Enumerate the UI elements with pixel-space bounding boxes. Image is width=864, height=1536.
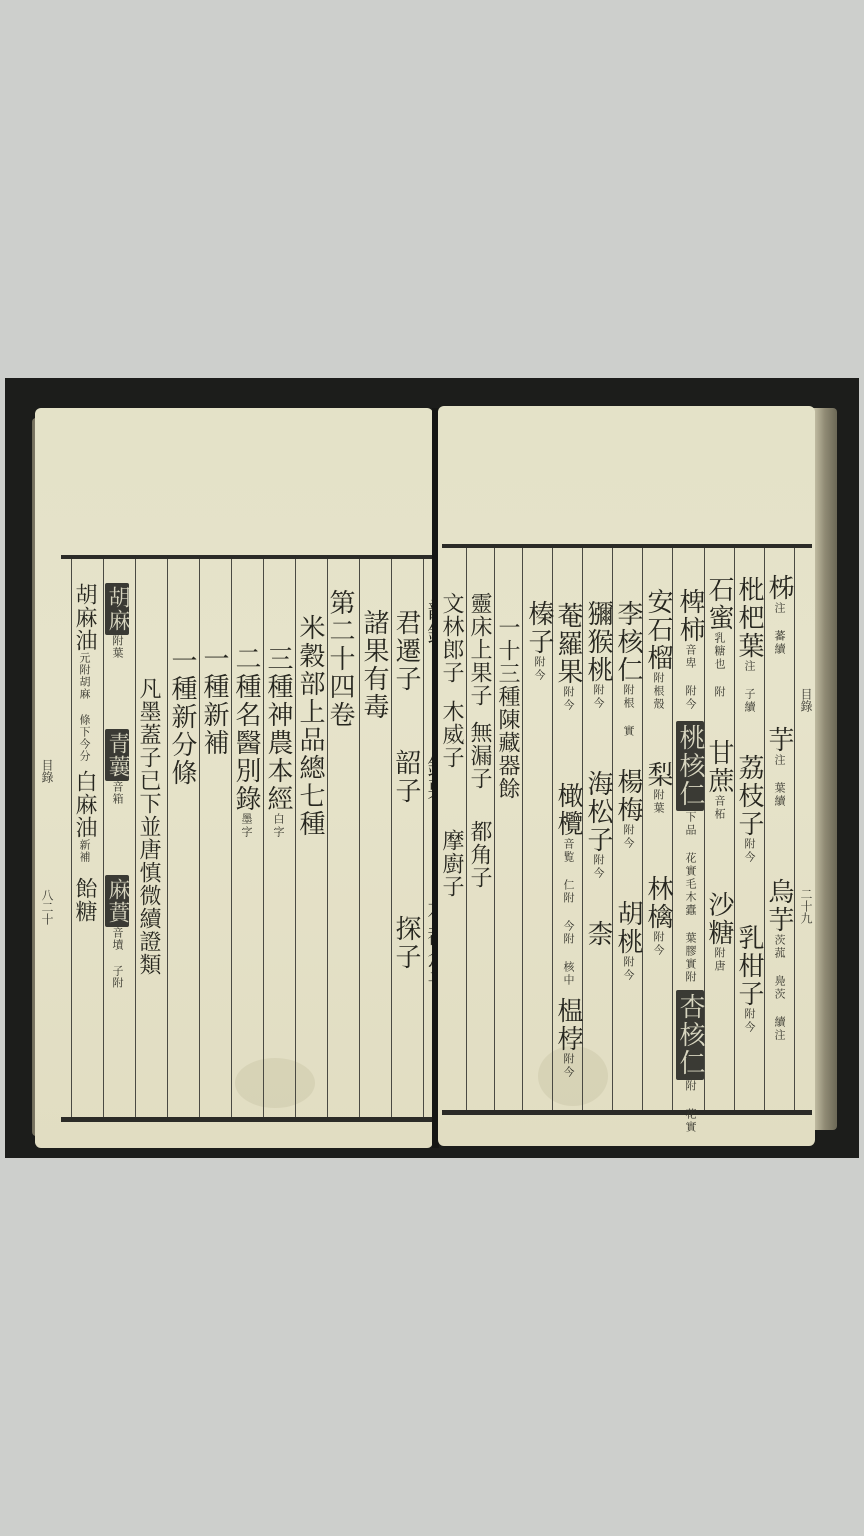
left-page-frame: 目錄 八二十 胡麻油元附胡麻 條下今分白麻油新補飴糖 胡麻附葉青蘘音箱麻蕡音墳 … — [61, 555, 433, 1122]
toc-entry: 一種新分條 — [169, 647, 195, 787]
right-page: 目錄 二十九 文林郎子木威子摩廚子 靈床上果子無漏子都角子 一十三種陳藏器餘 榛… — [438, 406, 815, 1146]
toc-entry: 椑柿音卑 附今桃核仁下品 花實毛木蠹 葉膠實附杏核仁附 花實 — [676, 588, 704, 1134]
toc-entry: 枇杷葉注 子續荔枝子附今乳柑子附今 — [736, 576, 762, 1034]
toc-entry: 君遷子韶子探子 — [393, 609, 419, 971]
toc-entry: 榛子附今 — [526, 600, 552, 682]
left-margin-label: 目錄 — [39, 759, 56, 783]
toc-entry: 文林郎子木威子摩廚子 — [440, 592, 462, 898]
toc-entry: 菴羅果附今橄欖音覧 仁附 今附 核中榅桲附今 — [555, 602, 581, 1079]
right-margin-numbers: 二十九 — [798, 888, 815, 924]
left-margin-numbers: 八二十 — [39, 889, 56, 925]
toc-entry: 獼猴桃附今海松子附今柰 — [585, 600, 611, 948]
toc-entry: 柹注 蕃續芋注 葉續烏芋茨菰 鳧茨 續注 — [766, 574, 792, 1042]
toc-entry: 三種神農本經白字 — [265, 645, 291, 839]
left-page: 目錄 八二十 胡麻油元附胡麻 條下今分白麻油新補飴糖 胡麻附葉青蘘音箱麻蕡音墳 … — [35, 408, 433, 1148]
toc-entry: 一十三種陳藏器餘 — [496, 616, 518, 800]
toc-entry: 安石榴附根殼梨附葉林檎附今 — [645, 588, 671, 957]
toc-entry: 凡墨蓋子已下並唐慎微續證類 — [137, 677, 159, 976]
right-page-frame: 目錄 二十九 文林郎子木威子摩廚子 靈床上果子無漏子都角子 一十三種陳藏器餘 榛… — [442, 544, 812, 1115]
toc-entry: 諸果有毒 — [361, 609, 387, 721]
toc-entry: 米穀部上品總七種 — [297, 614, 323, 838]
toc-entry: 石蜜乳糖也 附甘蔗音柘沙糖附唐 — [706, 576, 732, 973]
toc-entry: 靈床上果子無漏子都角子 — [468, 592, 490, 889]
toc-entry: 二種名醫別錄墨字 — [233, 645, 259, 839]
toc-entry: 李核仁附根 實楊梅附今胡桃附今 — [615, 600, 641, 982]
toc-entry: 胡麻油元附胡麻 條下今分白麻油新補飴糖 — [73, 583, 95, 923]
book-scan: 目錄 八二十 胡麻油元附胡麻 條下今分白麻油新補飴糖 胡麻附葉青蘘音箱麻蕡音墳 … — [5, 378, 859, 1158]
toc-entry: 胡麻附葉青蘘音箱麻蕡音墳 子附 — [105, 583, 129, 989]
right-margin-label: 目錄 — [798, 688, 815, 712]
volume-heading: 第二十四卷 — [327, 589, 353, 729]
toc-entry: 一種新補 — [201, 645, 227, 757]
right-fore-edge — [813, 408, 837, 1130]
